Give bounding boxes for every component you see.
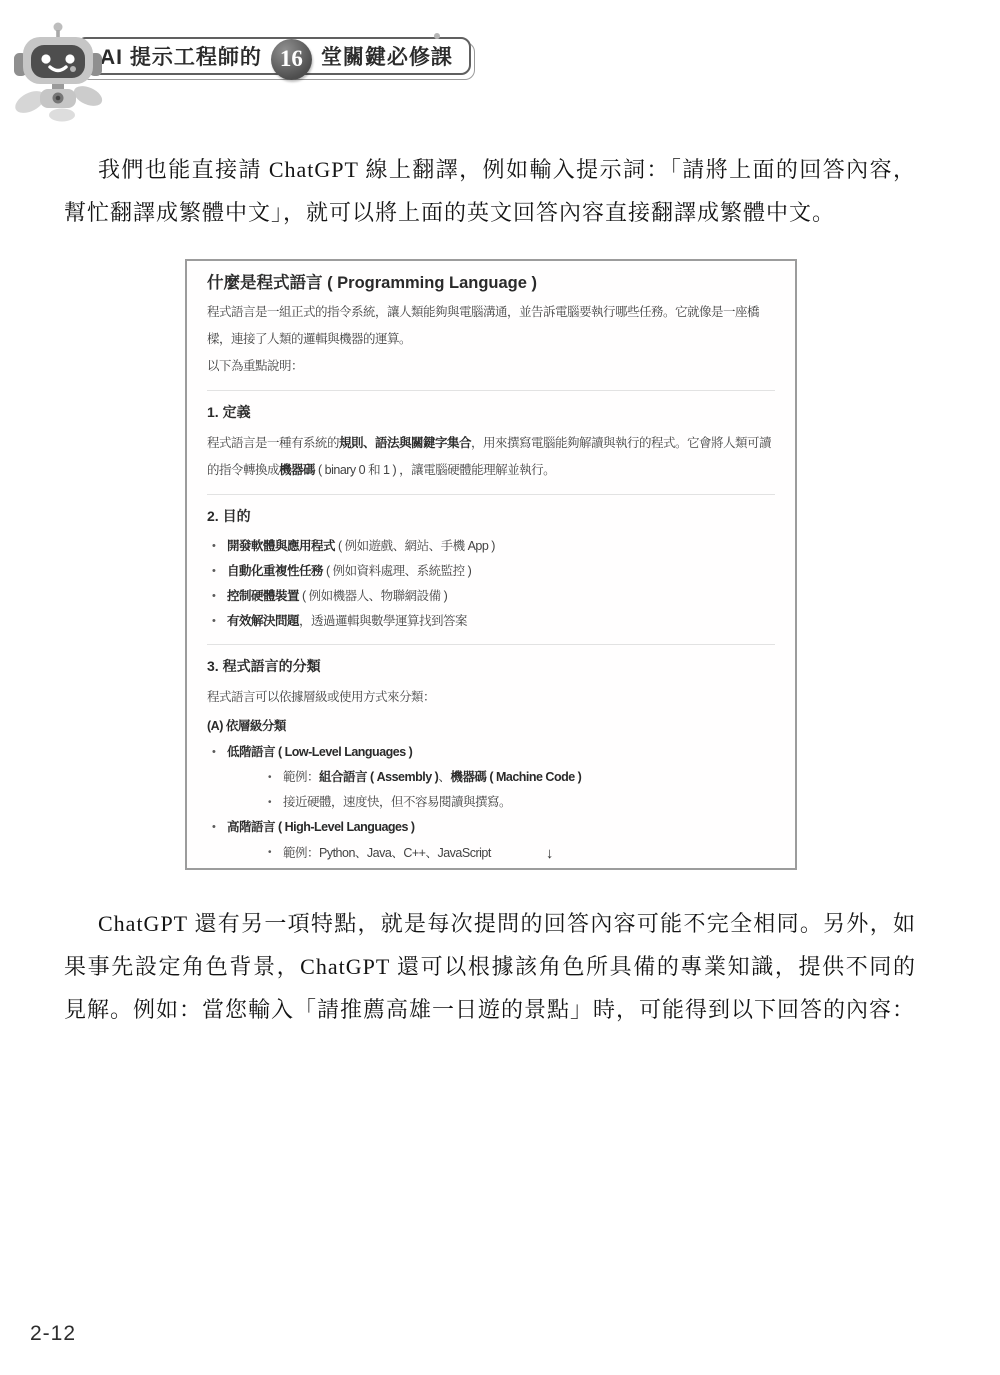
- high-level-sublist: 範例：Python、Java、C++、JavaScript↓ 接近人類語言，語法…: [227, 840, 775, 870]
- divider: [207, 644, 775, 645]
- high-level-label: 高階語言 ( High-Level Languages ): [227, 820, 415, 834]
- page-number: 2-12: [30, 1322, 76, 1346]
- definition-bold: 規則、語法與關鍵字集合: [339, 436, 471, 450]
- intro-paragraph: 我們也能直接請 ChatGPT 線上翻譯，例如輸入提示詞：「請將上面的回答內容，…: [64, 148, 916, 234]
- closing-paragraph: ChatGPT 還有另一項特點，就是每次提問的回答內容可能不完全相同。另外，如果…: [64, 902, 916, 1031]
- section-2-heading: 2. 目的: [207, 505, 775, 527]
- high-level-examples: 範例：Python、Java、C++、JavaScript: [283, 846, 491, 860]
- chapter-badge: AI 提示工程師的 16 堂關鍵必修課: [76, 37, 471, 75]
- example-bold: 組合語言 ( Assembly ): [319, 770, 438, 784]
- answer-note: 以下為重點說明：: [207, 353, 775, 380]
- list-item: 接近人類語言，語法簡單，容易上手，: [263, 866, 775, 870]
- bullet-lead: 控制硬體裝置: [227, 589, 299, 603]
- badge-prefix: AI 提示工程師的: [100, 41, 262, 71]
- book-page: AI 提示工程師的 16 堂關鍵必修課 我們也能直接請 ChatGPT 線上翻譯…: [0, 0, 1000, 1375]
- decorative-dot-icon: [434, 33, 440, 39]
- list-item: 接近硬體，速度快，但不容易閱讀與撰寫。: [263, 790, 775, 815]
- bullet-rest: ( 例如遊戲、網站、手機 App ): [335, 539, 495, 553]
- divider: [207, 494, 775, 495]
- section-3-heading: 3. 程式語言的分類: [207, 655, 775, 677]
- bullet-lead: 自動化重複性任務: [227, 564, 323, 578]
- list-item: 有效解決問題，透過邏輯與數學運算找到答案: [207, 609, 775, 634]
- section-3-intro: 程式語言可以依據層級或使用方式來分類：: [207, 684, 775, 711]
- section-3-subheading: (A) 依層級分類: [207, 713, 775, 740]
- divider: [207, 390, 775, 391]
- bullet-lead: 開發軟體與應用程式: [227, 539, 335, 553]
- decorative-dot-icon: [70, 66, 76, 72]
- chatgpt-answer-screenshot: 什麼是程式語言 ( Programming Language ) 程式語言是一組…: [185, 259, 797, 870]
- list-item: 自動化重複性任務 ( 例如資料處理、系統監控 ): [207, 559, 775, 584]
- bullet-rest: ，透過邏輯與數學運算找到答案: [299, 614, 467, 628]
- bullet-rest: ( 例如機器人、物聯網設備 ): [299, 589, 447, 603]
- example-lead: 範例：: [283, 770, 319, 784]
- purpose-list: 開發軟體與應用程式 ( 例如遊戲、網站、手機 App ) 自動化重複性任務 ( …: [207, 534, 775, 634]
- definition-text: ( binary 0 和 1 ) ，讓電腦硬體能理解並執行。: [315, 463, 555, 477]
- answer-title: 什麼是程式語言 ( Programming Language ): [207, 271, 775, 295]
- example-separator: 、: [438, 770, 450, 784]
- scroll-down-icon: ↓: [546, 841, 553, 866]
- low-level-sublist: 範例：組合語言 ( Assembly )、機器碼 ( Machine Code …: [227, 765, 775, 815]
- badge-suffix: 堂關鍵必修課: [321, 41, 453, 71]
- list-item: 控制硬體裝置 ( 例如機器人、物聯網設備 ): [207, 584, 775, 609]
- list-item: 範例：組合語言 ( Assembly )、機器碼 ( Machine Code …: [263, 765, 775, 790]
- list-item: 開發軟體與應用程式 ( 例如遊戲、網站、手機 App ): [207, 534, 775, 559]
- bullet-rest: ( 例如資料處理、系統監控 ): [323, 564, 471, 578]
- robot-mascot-icon: [10, 20, 106, 122]
- definition-text: 程式語言是一種有系統的: [207, 436, 339, 450]
- list-item: 低階語言 ( Low-Level Languages ) 範例：組合語言 ( A…: [207, 740, 775, 815]
- bullet-lead: 有效解決問題: [227, 614, 299, 628]
- list-item: 範例：Python、Java、C++、JavaScript↓: [263, 840, 775, 866]
- example-bold: 機器碼 ( Machine Code ): [450, 770, 581, 784]
- section-1-heading: 1. 定義: [207, 401, 775, 423]
- low-level-label: 低階語言 ( Low-Level Languages ): [227, 745, 412, 759]
- section-1-body: 程式語言是一種有系統的規則、語法與關鍵字集合，用來撰寫電腦能夠解讀與執行的程式。…: [207, 430, 775, 484]
- chapter-number-circle: 16: [271, 39, 312, 80]
- list-item: 高階語言 ( High-Level Languages ) 範例：Python、…: [207, 815, 775, 870]
- definition-bold: 機器碼: [279, 463, 315, 477]
- category-list: 低階語言 ( Low-Level Languages ) 範例：組合語言 ( A…: [207, 740, 775, 870]
- answer-intro: 程式語言是一組正式的指令系統，讓人類能夠與電腦溝通，並告訴電腦要執行哪些任務。它…: [207, 299, 775, 353]
